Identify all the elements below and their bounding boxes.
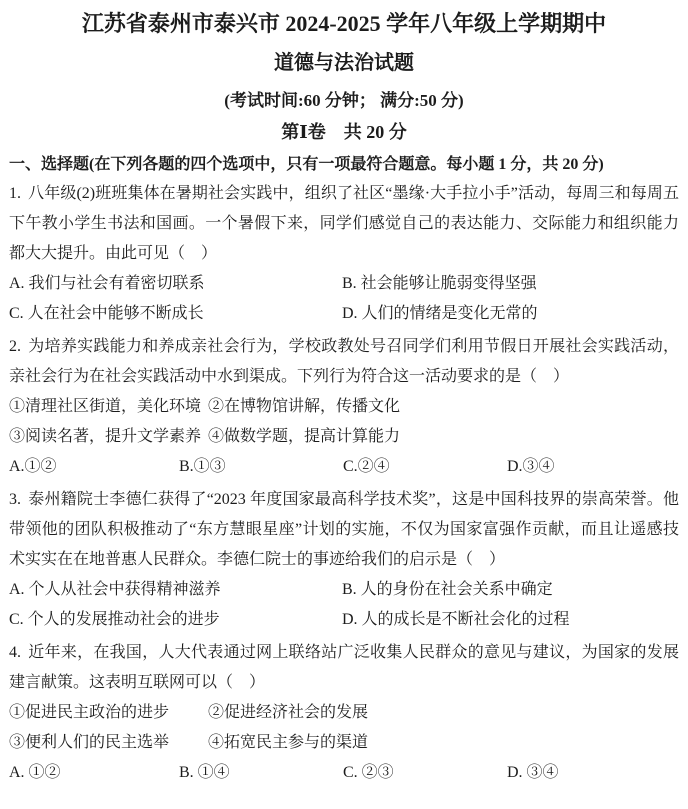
question-4-subitems-row-2: ③便利人们的民主选举 ④拓宽民主参与的渠道 <box>9 728 679 758</box>
question-2-subitem-4: ④做数学题，提高计算能力 <box>208 422 400 452</box>
question-1-option-c: C. 人在社会中能够不断成长 <box>9 299 342 329</box>
question-3-stem-text: 泰州籍院士李德仁获得了“2023 年度国家最高科学技术奖”，这是中国科技界的崇高… <box>9 491 679 568</box>
question-3-options: A. 个人从社会中获得精神滋养 B. 人的身份在社会关系中确定 C. 个人的发展… <box>9 575 679 635</box>
question-2-subitems-row-1: ①清理社区街道，美化环境 ②在博物馆讲解，传播文化 <box>9 392 679 422</box>
question-4-stem-text: 近年来，在我国，人大代表通过网上联络站广泛收集人民群众的意见与建议，为国家的发展… <box>9 644 679 691</box>
question-4-option-c: C. ②③ <box>343 758 507 788</box>
question-1-stem-text: 八年级(2)班班集体在暑期社会实践中，组织了社区“墨缘·大手拉小手”活动，每周三… <box>9 185 679 262</box>
question-2-subitem-1: ①清理社区街道，美化环境 <box>9 392 208 422</box>
question-2-stem: 2.为培养实践能力和养成亲社会行为，学校政教处号召同学们利用节假日开展社会实践活… <box>9 332 679 392</box>
exam-time-score-info: (考试时间:60 分钟； 满分:50 分) <box>9 90 679 112</box>
question-4: 4.近年来，在我国，人大代表通过网上联络站广泛收集人民群众的意见与建议，为国家的… <box>9 638 679 788</box>
question-2-subitem-2: ②在博物馆讲解，传播文化 <box>208 392 400 422</box>
question-2-stem-text: 为培养实践能力和养成亲社会行为，学校政教处号召同学们利用节假日开展社会实践活动，… <box>9 338 679 385</box>
question-2-option-c: C.②④ <box>343 452 507 482</box>
question-3-option-a: A. 个人从社会中获得精神滋养 <box>9 575 342 605</box>
question-2-subitems-row-2: ③阅读名著，提升文学素养 ④做数学题，提高计算能力 <box>9 422 679 452</box>
question-4-option-b: B. ①④ <box>179 758 343 788</box>
question-4-stem: 4.近年来，在我国，人大代表通过网上联络站广泛收集人民群众的意见与建议，为国家的… <box>9 638 679 698</box>
question-1-stem: 1.八年级(2)班班集体在暑期社会实践中，组织了社区“墨缘·大手拉小手”活动，每… <box>9 179 679 269</box>
exam-title-line2: 道德与法治试题 <box>9 50 679 76</box>
question-1-option-a: A. 我们与社会有着密切联系 <box>9 269 342 299</box>
question-1: 1.八年级(2)班班集体在暑期社会实践中，组织了社区“墨缘·大手拉小手”活动，每… <box>9 179 679 329</box>
question-4-subitems-row-1: ①促进民主政治的进步 ②促进经济社会的发展 <box>9 698 679 728</box>
exam-title-line1: 江苏省泰州市泰兴市 2024-2025 学年八年级上学期期中 <box>9 10 679 38</box>
question-2-option-d: D.③④ <box>507 452 679 482</box>
question-3: 3.泰州籍院士李德仁获得了“2023 年度国家最高科学技术奖”，这是中国科技界的… <box>9 485 679 635</box>
part-one-heading: 第Ⅰ卷 共 20 分 <box>9 121 679 144</box>
question-3-stem: 3.泰州籍院士李德仁获得了“2023 年度国家最高科学技术奖”，这是中国科技界的… <box>9 485 679 575</box>
question-4-option-a: A. ①② <box>9 758 179 788</box>
question-1-options: A. 我们与社会有着密切联系 B. 社会能够让脆弱变得坚强 C. 人在社会中能够… <box>9 269 679 329</box>
question-2-number: 2. <box>9 338 21 355</box>
question-1-number: 1. <box>9 185 21 202</box>
question-4-number: 4. <box>9 644 21 661</box>
multiple-choice-section-heading: 一、选择题(在下列各题的四个选项中，只有一项最符合题意。每小题 1 分，共 20… <box>9 154 679 176</box>
question-4-option-d: D. ③④ <box>507 758 679 788</box>
question-2-option-b: B.①③ <box>179 452 343 482</box>
question-2-option-a: A.①② <box>9 452 179 482</box>
question-2-subitem-3: ③阅读名著，提升文学素养 <box>9 422 208 452</box>
question-4-subitem-4: ④拓宽民主参与的渠道 <box>208 728 368 758</box>
question-1-option-d: D. 人们的情绪是变化无常的 <box>342 299 679 329</box>
question-4-subitem-3: ③便利人们的民主选举 <box>9 728 208 758</box>
question-2-options: A.①② B.①③ C.②④ D.③④ <box>9 452 679 482</box>
question-1-option-b: B. 社会能够让脆弱变得坚强 <box>342 269 679 299</box>
question-3-option-b: B. 人的身份在社会关系中确定 <box>342 575 679 605</box>
question-4-subitem-1: ①促进民主政治的进步 <box>9 698 208 728</box>
question-2: 2.为培养实践能力和养成亲社会行为，学校政教处号召同学们利用节假日开展社会实践活… <box>9 332 679 482</box>
question-3-option-d: D. 人的成长是不断社会化的过程 <box>342 605 679 635</box>
question-4-subitem-2: ②促进经济社会的发展 <box>208 698 368 728</box>
question-3-option-c: C. 个人的发展推动社会的进步 <box>9 605 342 635</box>
question-4-options: A. ①② B. ①④ C. ②③ D. ③④ <box>9 758 679 788</box>
question-3-number: 3. <box>9 491 21 508</box>
exam-paper-page: 江苏省泰州市泰兴市 2024-2025 学年八年级上学期期中 道德与法治试题 (… <box>0 0 688 809</box>
